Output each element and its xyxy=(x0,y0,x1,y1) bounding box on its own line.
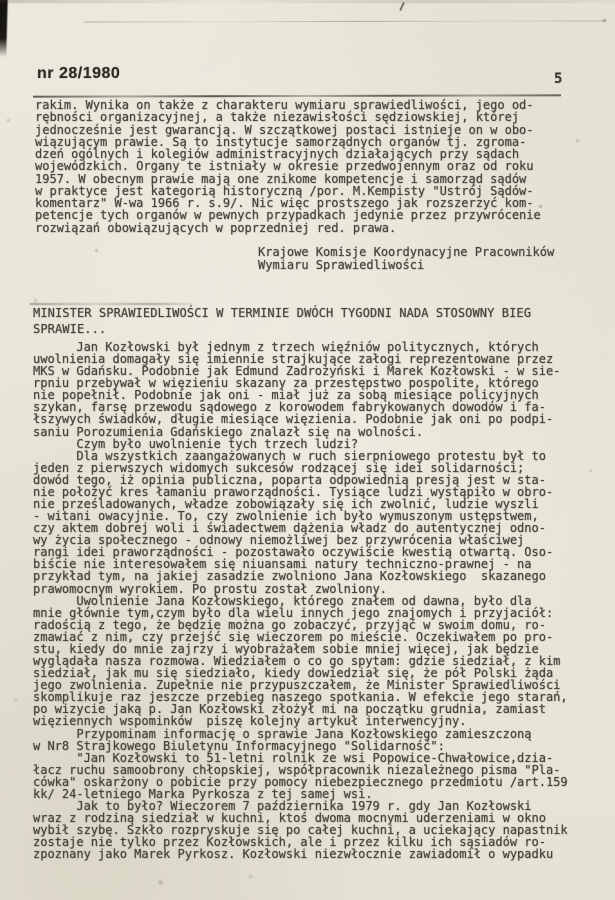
text-line: Krajowe Komisje Koordynacyjne Pracownikó… xyxy=(258,246,554,259)
text-line: petencje tych organów w pewnych przypadk… xyxy=(35,209,541,221)
page-number: 5 xyxy=(554,71,562,87)
text-line: łszywych świadków, długie miesiące więzi… xyxy=(33,413,568,425)
text-line: mnie głównie tym,czym było dla wielu inn… xyxy=(33,607,568,619)
text-line: Dla wszystkich zaangażowanych w ruch sie… xyxy=(33,450,568,462)
text-line: w Nr8 Strajkowego Biuletynu Informacyjne… xyxy=(33,740,568,752)
article-body: Jan Kozłowski był jednym z trzech więźni… xyxy=(33,341,568,860)
text-line: saniu Porozumienia Gdańskiego znalazł si… xyxy=(33,426,568,438)
lead-paragraph: rakim. Wynika on także z charakteru wymi… xyxy=(35,99,541,234)
text-line: Czym było uwolnienie tych trzech ludzi? xyxy=(33,438,568,450)
text-line: jednocześnie jest gwarancją. W szczątkow… xyxy=(35,124,541,136)
signature-block: Krajowe Komisje Koordynacyjne Pracownikó… xyxy=(258,246,554,271)
scan-artifact-top-smear xyxy=(0,0,615,3)
scan-artifact-faint-line xyxy=(84,21,606,23)
scan-artifact-tick-mark xyxy=(399,2,404,11)
text-line: więziennych wspominków piszę kolejny art… xyxy=(33,715,568,727)
scan-artifact-speckles xyxy=(0,0,1,1)
text-line: "Jan Kozłowski to 51-letni rolnik ze wsi… xyxy=(33,752,568,764)
text-line: MINISTER SPRAWIEDLIWOŚCI W TERMINIE DWÓC… xyxy=(33,305,531,321)
text-line: łacz ruchu samoobrony chłopskiej, współp… xyxy=(33,764,568,776)
text-line: zpoznany jako Marek Pyrkosz. Kozłowski n… xyxy=(33,848,568,860)
text-line: SPRAWIE... xyxy=(33,321,531,337)
article-headline: MINISTER SPRAWIEDLIWOŚCI W TERMINIE DWÓC… xyxy=(33,305,531,337)
text-line: prawomocnym wyrokiem. Po prostu został z… xyxy=(33,583,568,595)
text-line: Uwolnienie Jana Kozłowskiego, którego zn… xyxy=(33,595,568,607)
text-line: Przypominam informację o sprawie Jana Ko… xyxy=(33,728,568,740)
text-line: przykład tym, na jakiej zasadzie zwolnio… xyxy=(33,570,568,582)
text-line: 1957. W obecnym prawie mają one znikome … xyxy=(35,173,541,185)
text-line: rozwiązań obowiązujących w poprzedniej r… xyxy=(35,222,541,234)
text-line: Wymiaru Sprawiedliwości xyxy=(258,259,554,272)
issue-number: nr 28/1980 xyxy=(37,65,120,83)
text-line: rębności organizacyjnej, a także niezawi… xyxy=(35,111,541,123)
text-line: wojewódzkich. Organy te istniały w okres… xyxy=(35,160,541,172)
scanned-document-page: nr 28/1980 5 rakim. Wynika on także z ch… xyxy=(0,0,615,900)
scan-artifact-corner-strip xyxy=(0,0,8,57)
